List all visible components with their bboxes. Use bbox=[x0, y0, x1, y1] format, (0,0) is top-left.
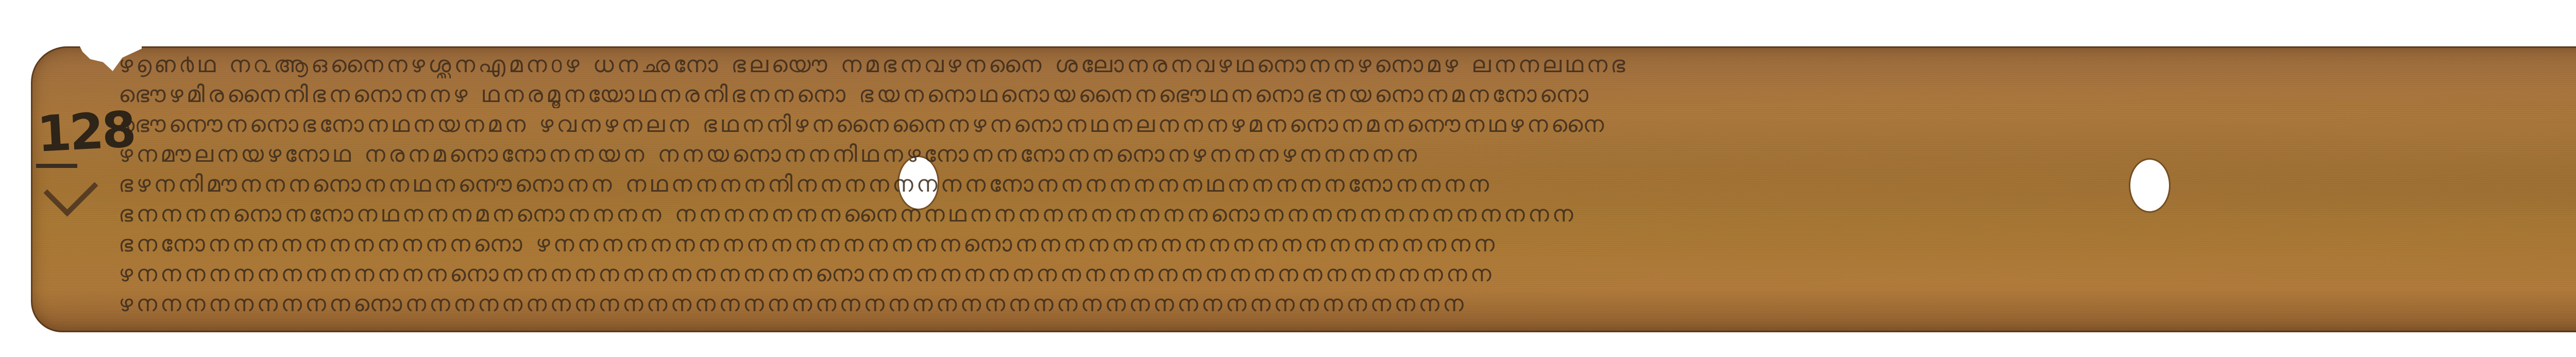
script-line-6: ഭനനനനനൊനനോനഥനനനമനനൊനനനന നനനനനനനനൈനനഥനനനന… bbox=[118, 201, 2576, 228]
script-line-4: ഴനമൗലനയഴനോഥ നരനമനൊനോനനയന നനയനൊനനനിഥനഴനോന… bbox=[118, 141, 2576, 168]
script-line-5: ഭഴനനിമൗനനനനൊനനഥനനൌനൊനന നഥനനനനനിനനനനനനനനന… bbox=[118, 171, 2576, 198]
script-line-2: ഭൌഴമിരനൈനിഭനനൊനനഴ ഥനരമൂനയോഥനരനിഭനനനൊ ഭയന… bbox=[118, 81, 2576, 108]
manuscript-text: ഴ൭ഩ൪ഥ ന൨ആഒനൈനഴശ്ലനഎമന൦ഴ ധനഛനോ ഭലയൌ നമഭനവ… bbox=[118, 52, 2576, 319]
handwritten-folio-number: 128 bbox=[36, 100, 135, 163]
script-line-7: ഭനനോനനനനനനനനനനനനൊ ഴനനനനനനനനനനനനനനനനനനൊനന… bbox=[118, 231, 2576, 258]
script-line-8: ഴനനനനനനനനനനനനനനൊനനനനനനനനനനനനനനൊനനനനനനനനന… bbox=[118, 261, 2576, 287]
script-line-9: ഴനനനനനനനനനനൊനനനനനനനനനനനനനനനനനനനനനനനനനനനന… bbox=[118, 291, 2576, 317]
script-line-3: ഭൌനൌനനൊഭനോനഥനയനമന ഴവനഴനലന ഭഥനനിഴനനൈനൈനഴന… bbox=[118, 111, 2576, 138]
script-line-1: ഴ൭ഩ൪ഥ ന൨ആഒനൈനഴശ്ലനഎമന൦ഴ ധനഛനോ ഭലയൌ നമഭനവ… bbox=[118, 52, 2576, 78]
